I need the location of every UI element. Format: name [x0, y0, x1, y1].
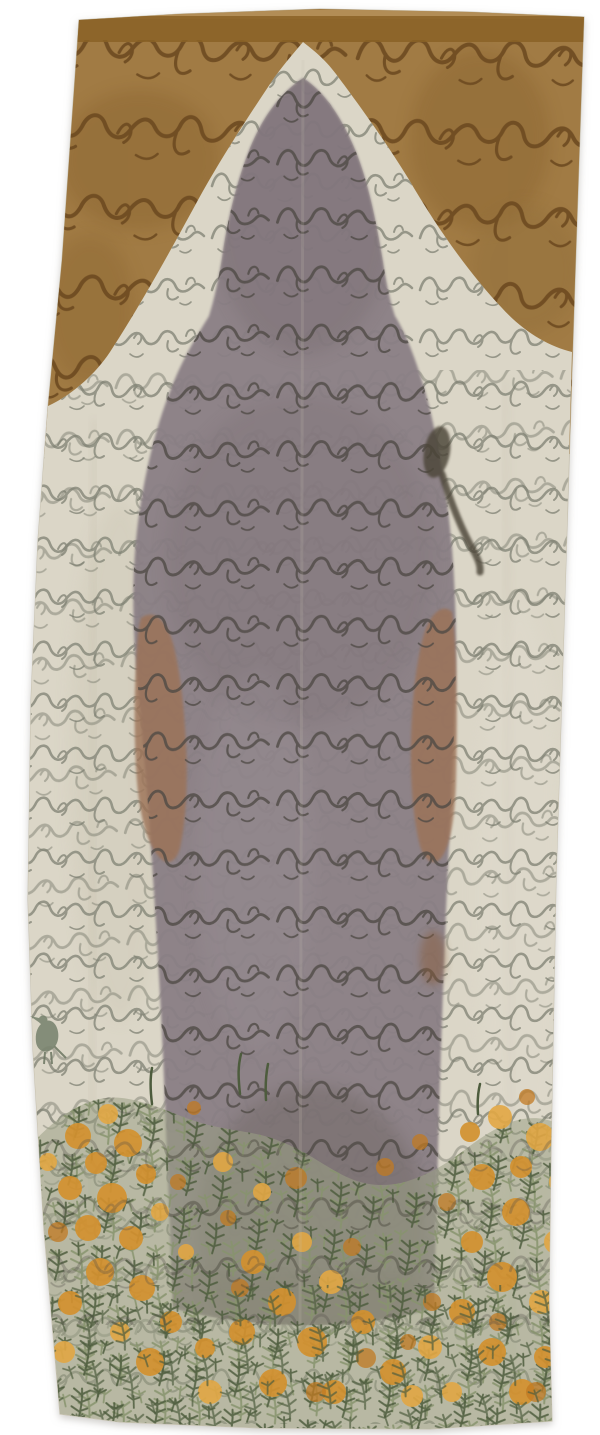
marigold	[519, 1089, 535, 1105]
marigold	[187, 1101, 201, 1115]
rust-patch	[420, 931, 446, 985]
artwork-photo	[0, 0, 600, 1435]
marigold	[376, 1158, 394, 1176]
textile-artwork	[0, 0, 600, 1435]
top-dark-band	[20, 16, 590, 42]
marigold	[460, 1122, 480, 1142]
marigold	[412, 1134, 428, 1150]
